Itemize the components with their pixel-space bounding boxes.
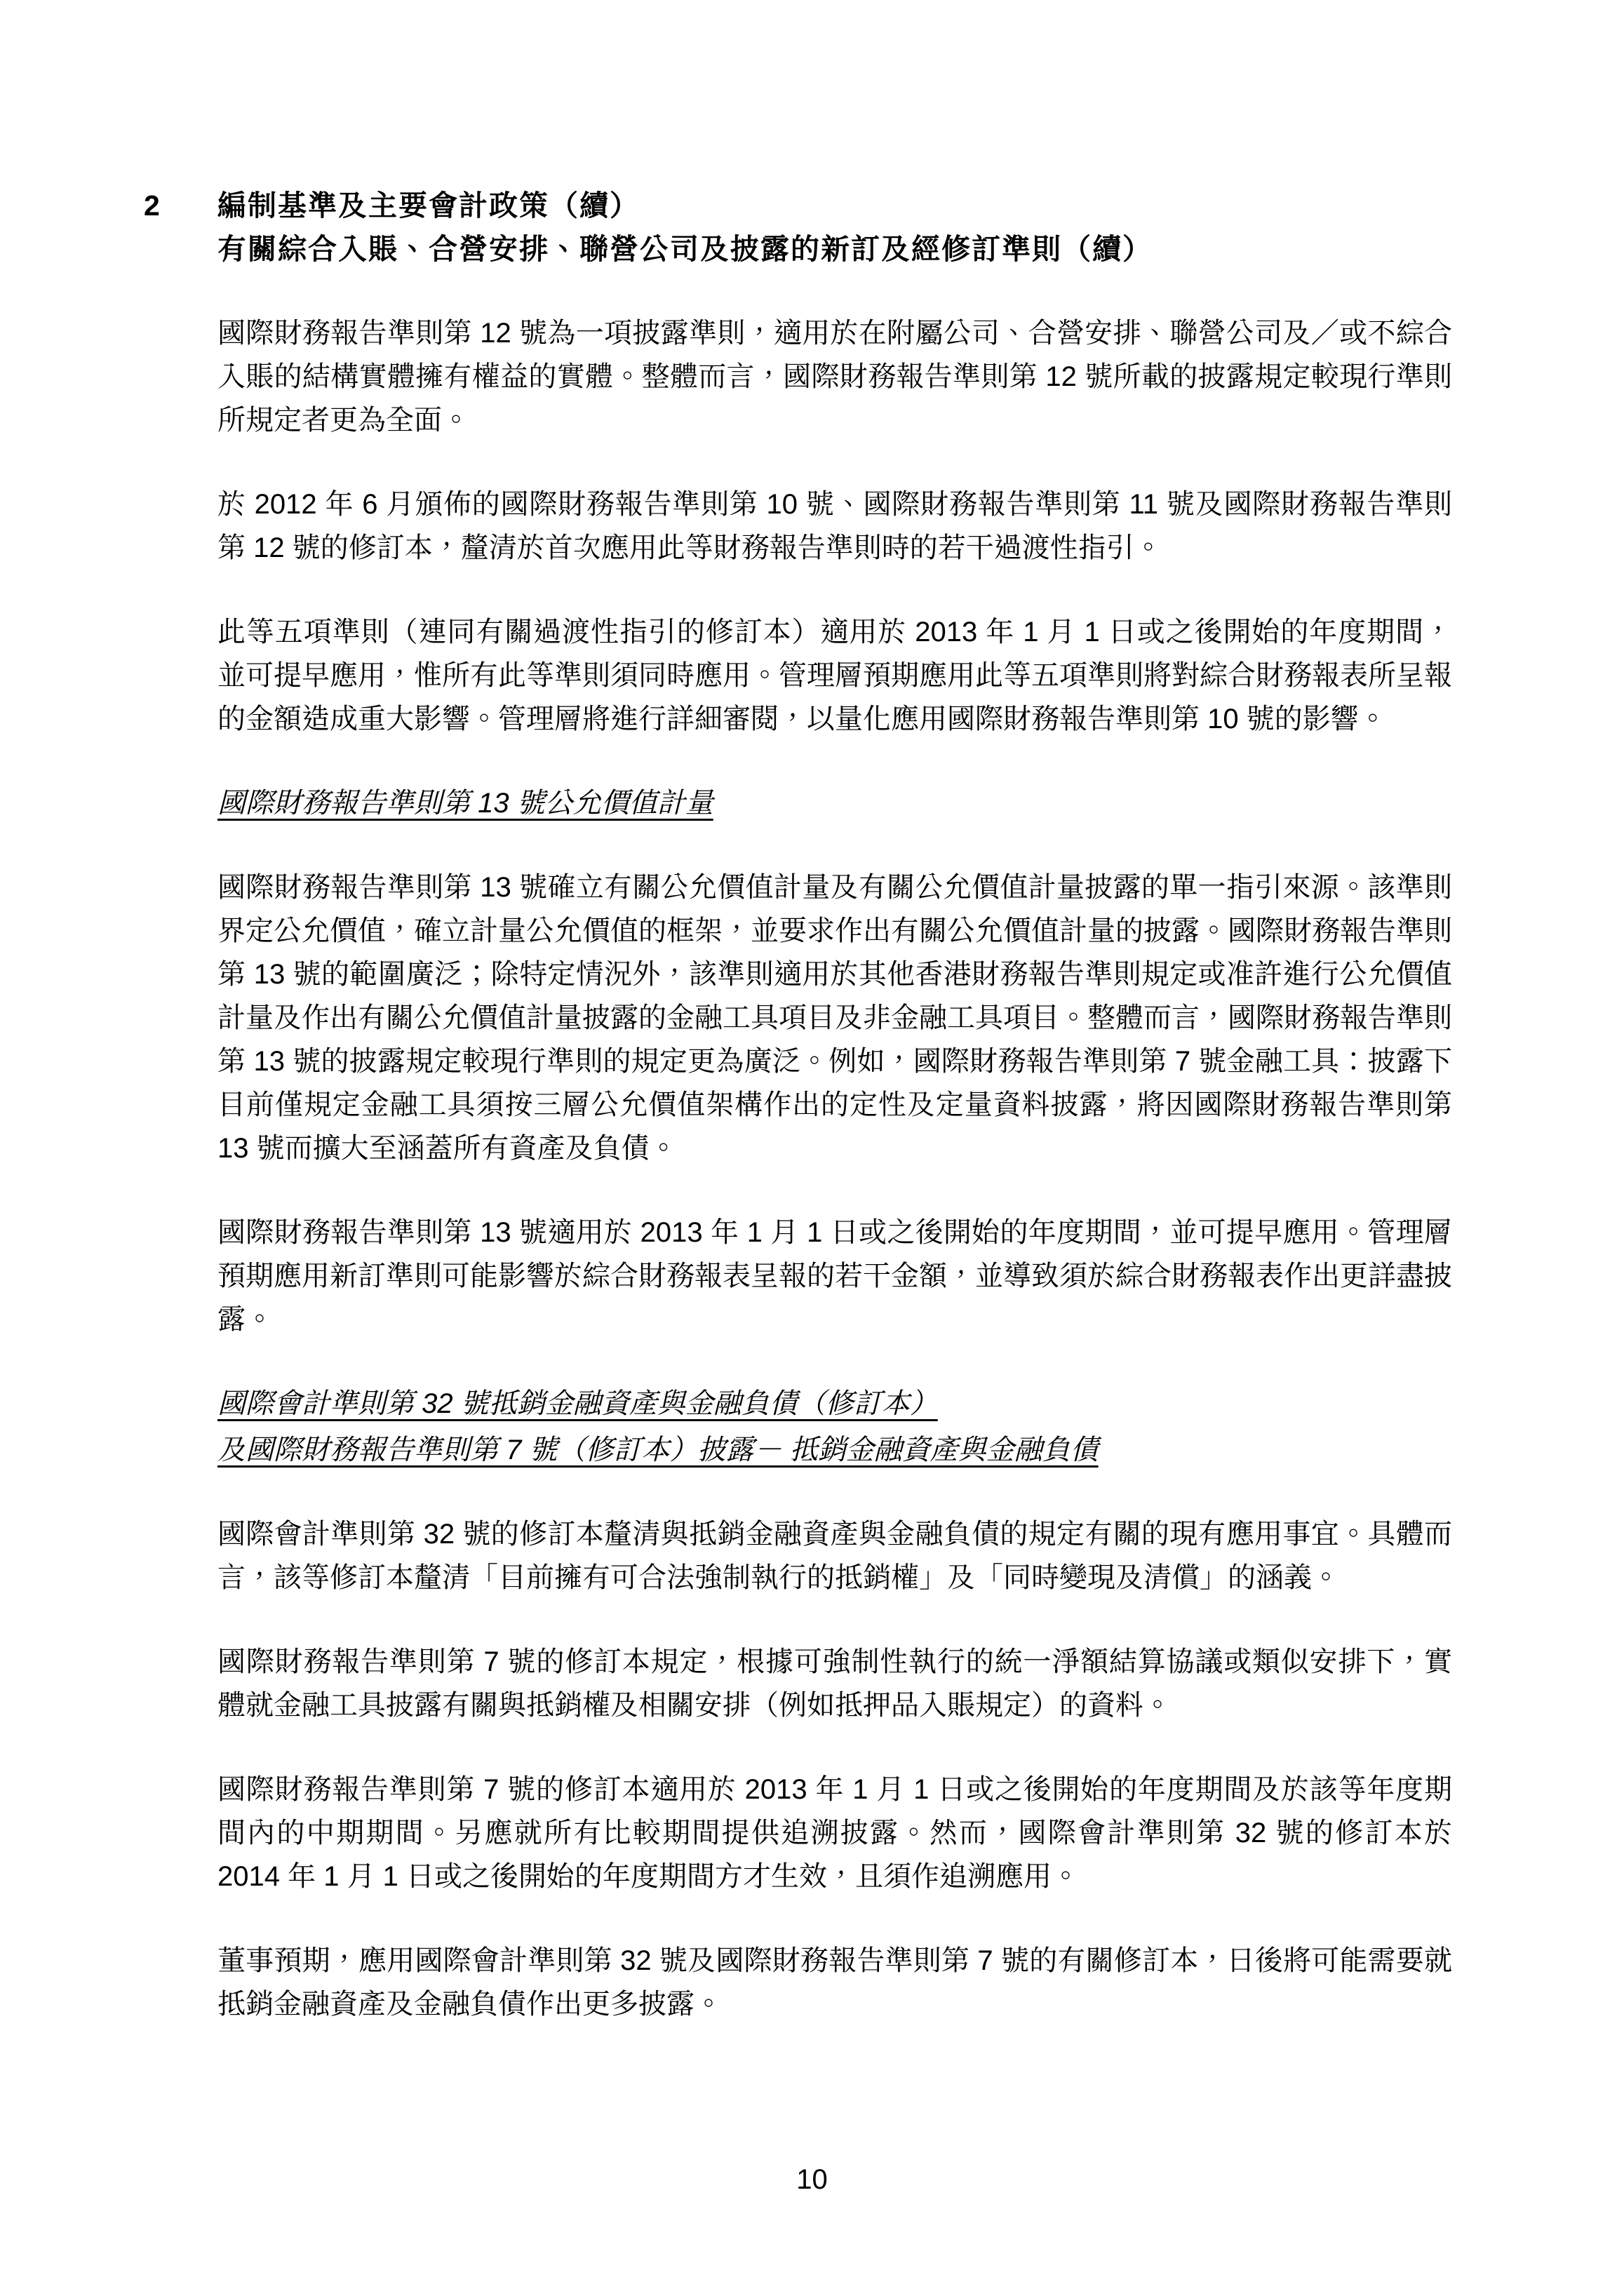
subheading-ias32-ifrs7: 國際會計準則第 32 號抵銷金融資產與金融負債（修訂本） 及國際財務報告準則第 … [217,1382,1452,1472]
paragraph-ifrs13-description: 國際財務報告準則第 13 號確立有關公允價值計量及有關公允價值計量披露的單一指引… [217,866,1452,1170]
section-header: 2 編制基準及主要會計政策（續） 有關綜合入賬、合營安排、聯營公司及披露的新訂及… [144,184,1452,271]
page-content: 2 編制基準及主要會計政策（續） 有關綜合入賬、合營安排、聯營公司及披露的新訂及… [144,184,1452,2054]
paragraph-ifrs12-scope: 國際財務報告準則第 12 號為一項披露準則，適用於在附屬公司、合營安排、聯營公司… [217,311,1452,442]
section-title: 編制基準及主要會計政策（續） [217,184,1452,227]
paragraph-ifrs7-amendments: 國際財務報告準則第 7 號的修訂本規定，根據可強制性執行的統一淨額結算協議或類似… [217,1640,1452,1727]
paragraph-directors-expectation: 董事預期，應用國際會計準則第 32 號及國際財務報告準則第 7 號的有關修訂本，… [217,1939,1452,2026]
subheading-ifrs13-text: 國際財務報告準則第 13 號公允價值計量 [217,788,713,819]
paragraph-ifrs13-effective: 國際財務報告準則第 13 號適用於 2013 年 1 月 1 日或之後開始的年度… [217,1211,1452,1341]
subheading-ias32-line1: 國際會計準則第 32 號抵銷金融資產與金融負債（修訂本） [217,1388,938,1419]
section-titles: 編制基準及主要會計政策（續） 有關綜合入賬、合營安排、聯營公司及披露的新訂及經修… [217,184,1452,271]
section-body: 國際財務報告準則第 12 號為一項披露準則，適用於在附屬公司、合營安排、聯營公司… [217,311,1452,2026]
paragraph-ias32-amendments: 國際會計準則第 32 號的修訂本釐清與抵銷金融資產與金融負債的規定有關的現有應用… [217,1512,1452,1599]
section-number: 2 [144,184,217,227]
paragraph-amendments-2012: 於 2012 年 6 月頒佈的國際財務報告準則第 10 號、國際財務報告準則第 … [217,483,1452,570]
document-page: 2 編制基準及主要會計政策（續） 有關綜合入賬、合營安排、聯營公司及披露的新訂及… [0,0,1624,2296]
subheading-ias32-line2: 及國際財務報告準則第 7 號（修訂本）披露－ 抵銷金融資產與金融負債 [217,1435,1099,1465]
paragraph-effective-dates: 國際財務報告準則第 7 號的修訂本適用於 2013 年 1 月 1 日或之後開始… [217,1768,1452,1898]
section-subtitle: 有關綜合入賬、合營安排、聯營公司及披露的新訂及經修訂準則（續） [217,227,1452,271]
paragraph-five-standards: 此等五項準則（連同有關過渡性指引的修訂本）適用於 2013 年 1 月 1 日或… [217,610,1452,741]
page-number: 10 [0,2162,1624,2197]
subheading-ifrs13: 國際財務報告準則第 13 號公允價值計量 [217,781,1452,825]
